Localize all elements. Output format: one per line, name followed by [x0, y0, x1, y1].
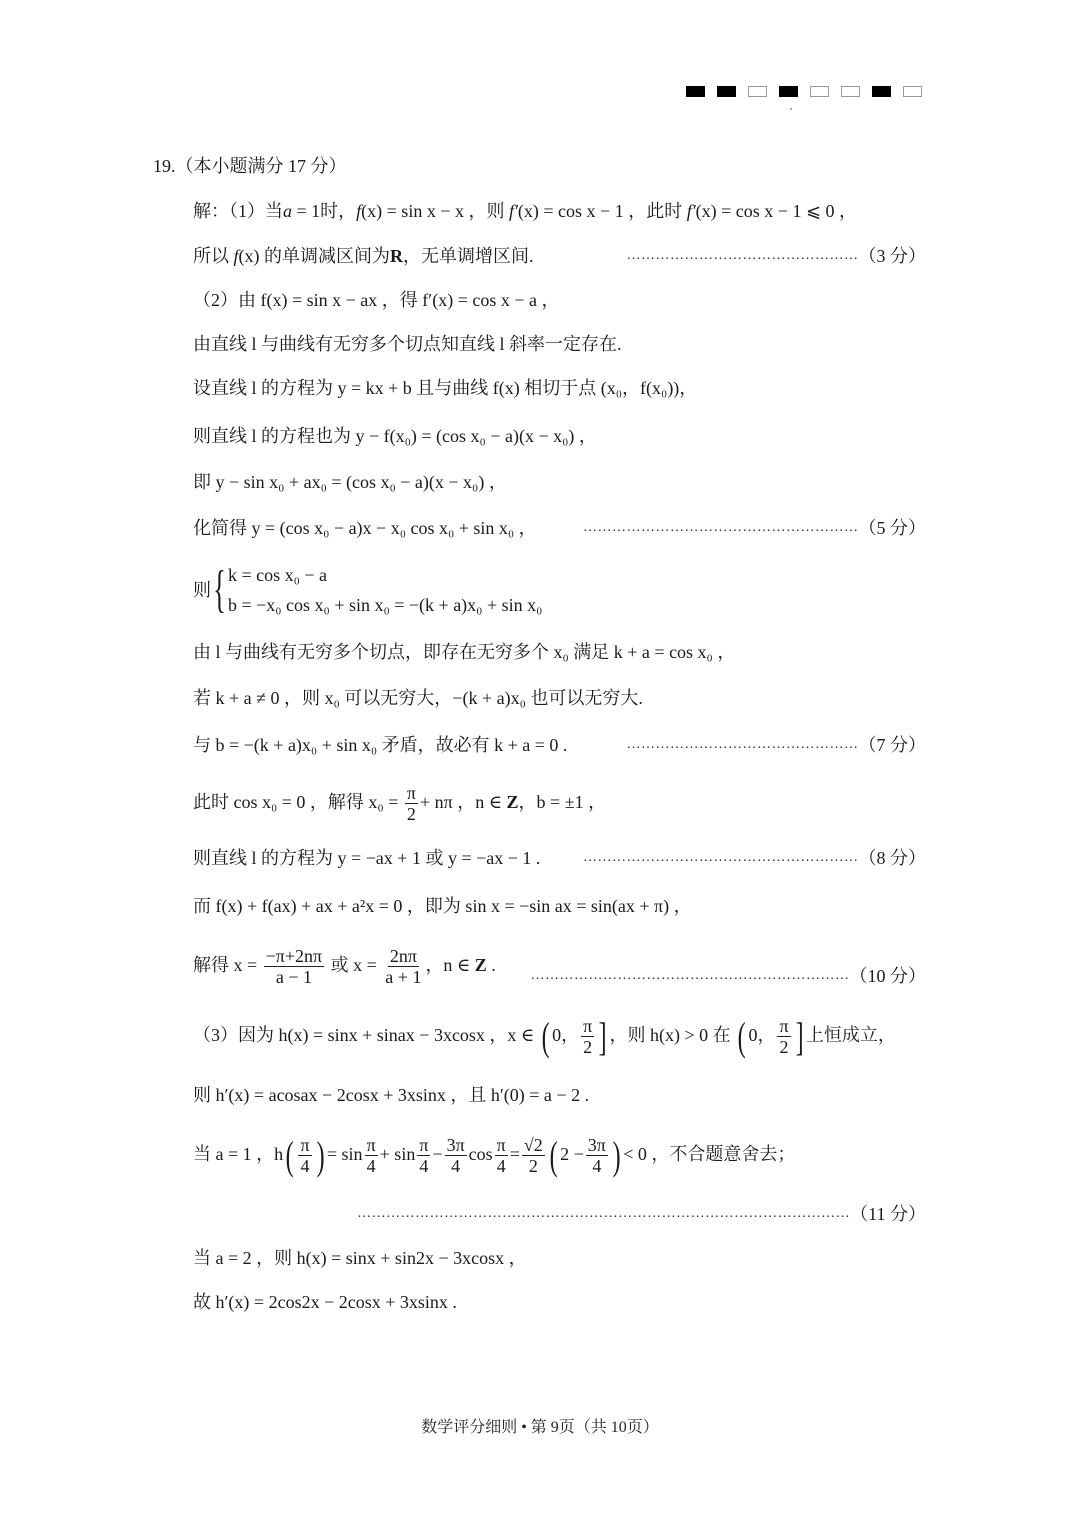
- text: ，则 h(x) > 0 在: [610, 1025, 736, 1045]
- part2-line6: 化简得 y = (cos x₀ − a)x − x₀ cos x₀ + sin …: [193, 516, 926, 540]
- open-paren: (: [549, 1136, 557, 1176]
- part2-line8: 由 l 与曲线有无穷多个切点，即存在无穷多个 x₀ 满足 k + a = cos…: [193, 640, 926, 664]
- text: cos: [469, 1144, 493, 1164]
- denominator: 2: [527, 1156, 540, 1176]
- dot-leader: …………………………………………………………: [531, 953, 850, 999]
- text: =: [510, 1144, 520, 1164]
- system-row-2: b = −x₀ cos x₀ + sin x₀ = −(k + a)x₀ + s…: [228, 590, 542, 620]
- numerator: π: [777, 1016, 790, 1037]
- denominator: 2: [778, 1037, 791, 1057]
- text: ，无单调增区间.: [403, 246, 534, 266]
- mark-block: [841, 86, 860, 97]
- part1-line2: 所以 f(x) 的单调减区间为R，无单调增区间. …………………………………………: [193, 244, 926, 268]
- denominator: 4: [449, 1156, 462, 1176]
- text: (x) = sin x − x ，则: [361, 201, 509, 221]
- mark-block: [810, 86, 829, 97]
- fraction: π4: [298, 1135, 311, 1176]
- text: 此时 cos x₀ = 0 ，解得 x₀ =: [193, 792, 403, 812]
- score-label: （3 分）: [859, 244, 927, 268]
- part2-line1: （2）由 f(x) = sin x − ax ，得 f′(x) = cos x …: [193, 288, 926, 312]
- left-brace-icon: {: [213, 564, 225, 616]
- equation-system: 则 { k = cos x₀ − a b = −x₀ cos x₀ + sin …: [193, 560, 926, 620]
- part2-line3: 设直线 l 的方程为 y = kx + b 且与曲线 f(x) 相切于点 (x₀…: [193, 376, 926, 400]
- dot-leader: …………………………………………………: [583, 516, 859, 540]
- mark-block: [872, 86, 891, 97]
- fraction: π4: [495, 1135, 508, 1176]
- text: .: [487, 955, 496, 975]
- text: −: [432, 1144, 442, 1164]
- text: = 1时，: [292, 201, 356, 221]
- fraction: −π+2nπa − 1: [264, 946, 324, 987]
- score-label: （7 分）: [859, 733, 927, 757]
- part3-line2: 则 h′(x) = acosax − 2cosx + 3xsinx ，且 h′(…: [193, 1083, 926, 1107]
- part2-line5: 即 y − sin x₀ + ax₀ = (cos x₀ − a)(x − x₀…: [193, 470, 926, 494]
- denominator: 4: [590, 1156, 603, 1176]
- fraction: 3π4: [586, 1135, 608, 1176]
- set-Z: Z: [507, 792, 519, 812]
- text: (x) = cos x − 1 ，此时: [518, 201, 687, 221]
- dot-leader: …………………………………………: [627, 733, 859, 757]
- part3-line1: （3）因为 h(x) = sinx + sinax − 3xcosx ，x ∈ …: [193, 1012, 926, 1058]
- numerator: −π+2nπ: [264, 946, 324, 967]
- mark-block: [686, 86, 705, 97]
- close-paren: ): [613, 1136, 621, 1176]
- denominator: a + 1: [383, 967, 423, 987]
- system-wrap: 则 { k = cos x₀ − a b = −x₀ cos x₀ + sin …: [193, 560, 542, 620]
- text: 所以: [193, 246, 234, 266]
- open-paren: (: [738, 1017, 746, 1057]
- score-marker: …………………………………………………………（10 分）: [531, 953, 927, 999]
- denominator: 4: [495, 1156, 508, 1176]
- text: ，n ∈: [425, 955, 474, 975]
- var-fprime: f′: [509, 201, 518, 221]
- mark-block: [903, 86, 922, 97]
- text: 则: [193, 575, 211, 605]
- part3-line3: 当 a = 1 ，h(π4)= sinπ4+ sinπ4−3π4cosπ4=√2…: [193, 1130, 926, 1178]
- text: ，b = ±1 ，: [519, 792, 607, 812]
- text: (x) = cos x − 1 ⩽ 0 ，: [696, 201, 857, 221]
- set-Z: Z: [475, 955, 487, 975]
- text: 化简得 y = (cos x₀ − a)x − x₀ cos x₀ + sin …: [193, 518, 537, 538]
- part3-line5: 故 h′(x) = 2cos2x − 2cosx + 3xsinx .: [193, 1290, 926, 1314]
- text: 2 −: [560, 1144, 584, 1164]
- fraction: π4: [365, 1135, 378, 1176]
- score-label: （10 分）: [850, 953, 927, 999]
- score-marker: …………………………………………………（5 分）: [583, 516, 926, 540]
- numerator: π: [417, 1135, 430, 1156]
- set-R: R: [390, 246, 403, 266]
- close-bracket: ]: [795, 1017, 803, 1057]
- score-label: （11 分）: [850, 1202, 926, 1226]
- text: + nπ ，n ∈: [420, 792, 507, 812]
- part2-line11: 此时 cos x₀ = 0 ，解得 x₀ = π2+ nπ ，n ∈ Z，b =…: [193, 782, 926, 824]
- numerator: 3π: [586, 1135, 608, 1156]
- question-number: 19.: [153, 156, 176, 176]
- text: 上恒成立，: [806, 1025, 896, 1045]
- part2-line14: 解得 x = −π+2nπa − 1 或 x = 2nπa + 1，n ∈ Z …: [193, 942, 926, 988]
- numerator: √2: [522, 1135, 545, 1156]
- numerator: π: [495, 1135, 508, 1156]
- dot-leader: …………………………………………………………………………………………: [357, 1202, 850, 1226]
- denominator: 2: [405, 804, 418, 824]
- dot-mark: [790, 108, 792, 110]
- part2-line2: 由直线 l 与曲线有无穷多个切点知直线 l 斜率一定存在.: [193, 332, 926, 356]
- numerator: π: [365, 1135, 378, 1156]
- open-paren: (: [286, 1136, 294, 1176]
- fraction: π2: [581, 1016, 594, 1057]
- text: （3）因为 h(x) = sinx + sinax − 3xcosx ，x ∈: [193, 1025, 539, 1045]
- fraction: π4: [417, 1135, 430, 1176]
- denominator: 2: [581, 1037, 594, 1057]
- answer-sheet-marks: [686, 86, 922, 97]
- mark-block: [717, 86, 736, 97]
- system-rows: k = cos x₀ − a b = −x₀ cos x₀ + sin x₀ =…: [228, 560, 542, 620]
- dot-leader: …………………………………………………: [583, 846, 859, 870]
- score-marker: …………………………………………（7 分）: [627, 733, 927, 757]
- part2-line9: 若 k + a ≠ 0 ，则 x₀ 可以无穷大，−(k + a)x₀ 也可以无穷…: [193, 686, 926, 710]
- numerator: π: [581, 1016, 594, 1037]
- part2-line12: 则直线 l 的方程为 y = −ax + 1 或 y = −ax − 1 . ……: [193, 846, 926, 870]
- question-header: 19.（本小题满分 17 分）: [153, 154, 926, 178]
- fraction: π2: [777, 1016, 790, 1057]
- text: 当 a = 1 ，h: [193, 1144, 283, 1164]
- question-title: （本小题满分 17 分）: [176, 156, 347, 176]
- part2-line13: 而 f(x) + f(ax) + ax + a²x = 0 ，即为 sin x …: [193, 894, 926, 918]
- text: 则直线 l 的方程为 y = −ax + 1 或 y = −ax − 1 .: [193, 848, 540, 868]
- var-fprime: f′: [687, 201, 696, 221]
- fraction: π2: [405, 783, 418, 824]
- open-paren: (: [541, 1017, 549, 1057]
- text: < 0 ，不合题意舍去；: [623, 1144, 795, 1164]
- text: 0，: [748, 1025, 775, 1045]
- text: 解得 x =: [193, 955, 262, 975]
- fraction: √22: [522, 1135, 545, 1176]
- numerator: π: [405, 783, 418, 804]
- close-bracket: ]: [599, 1017, 607, 1057]
- fraction: 3π4: [445, 1135, 467, 1176]
- fraction: 2nπa + 1: [383, 946, 423, 987]
- text: 与 b = −(k + a)x₀ + sin x₀ 矛盾，故必有 k + a =…: [193, 735, 567, 755]
- numerator: 2nπ: [388, 946, 419, 967]
- text: 0，: [552, 1025, 579, 1045]
- dot-leader: …………………………………………: [627, 244, 859, 268]
- text: = sin: [327, 1144, 363, 1164]
- page-footer: 数学评分细则 • 第 9页（共 10页）: [0, 1414, 1080, 1437]
- mark-block: [748, 86, 767, 97]
- score-marker: …………………………………………………（8 分）: [583, 846, 926, 870]
- text: (x) 的单调减区间为: [239, 246, 391, 266]
- mark-block: [779, 86, 798, 97]
- denominator: 4: [299, 1156, 312, 1176]
- part1-line1: 解：（1）当a = 1时，f(x) = sin x − x ，则 f′(x) =…: [193, 199, 926, 223]
- score-label: （5 分）: [859, 516, 927, 540]
- denominator: a − 1: [274, 967, 314, 987]
- var-a: a: [283, 201, 292, 221]
- denominator: 4: [365, 1156, 378, 1176]
- part2-line4: 则直线 l 的方程也为 y − f(x₀) = (cos x₀ − a)(x −…: [193, 424, 926, 448]
- close-paren: ): [316, 1136, 324, 1176]
- system-row-1: k = cos x₀ − a: [228, 560, 542, 590]
- text: 或 x =: [326, 955, 381, 975]
- text: + sin: [380, 1144, 416, 1164]
- text: 解：（1）当: [193, 201, 283, 221]
- part2-line10: 与 b = −(k + a)x₀ + sin x₀ 矛盾，故必有 k + a =…: [193, 733, 926, 757]
- numerator: π: [298, 1135, 311, 1156]
- score-marker: …………………………………………………………………………………………（11 分）: [357, 1202, 926, 1226]
- score-label: （8 分）: [859, 846, 927, 870]
- numerator: 3π: [445, 1135, 467, 1156]
- part3-line4: 当 a = 2 ，则 h(x) = sinx + sin2x − 3xcosx …: [193, 1246, 926, 1270]
- score-marker: …………………………………………（3 分）: [627, 244, 927, 268]
- denominator: 4: [417, 1156, 430, 1176]
